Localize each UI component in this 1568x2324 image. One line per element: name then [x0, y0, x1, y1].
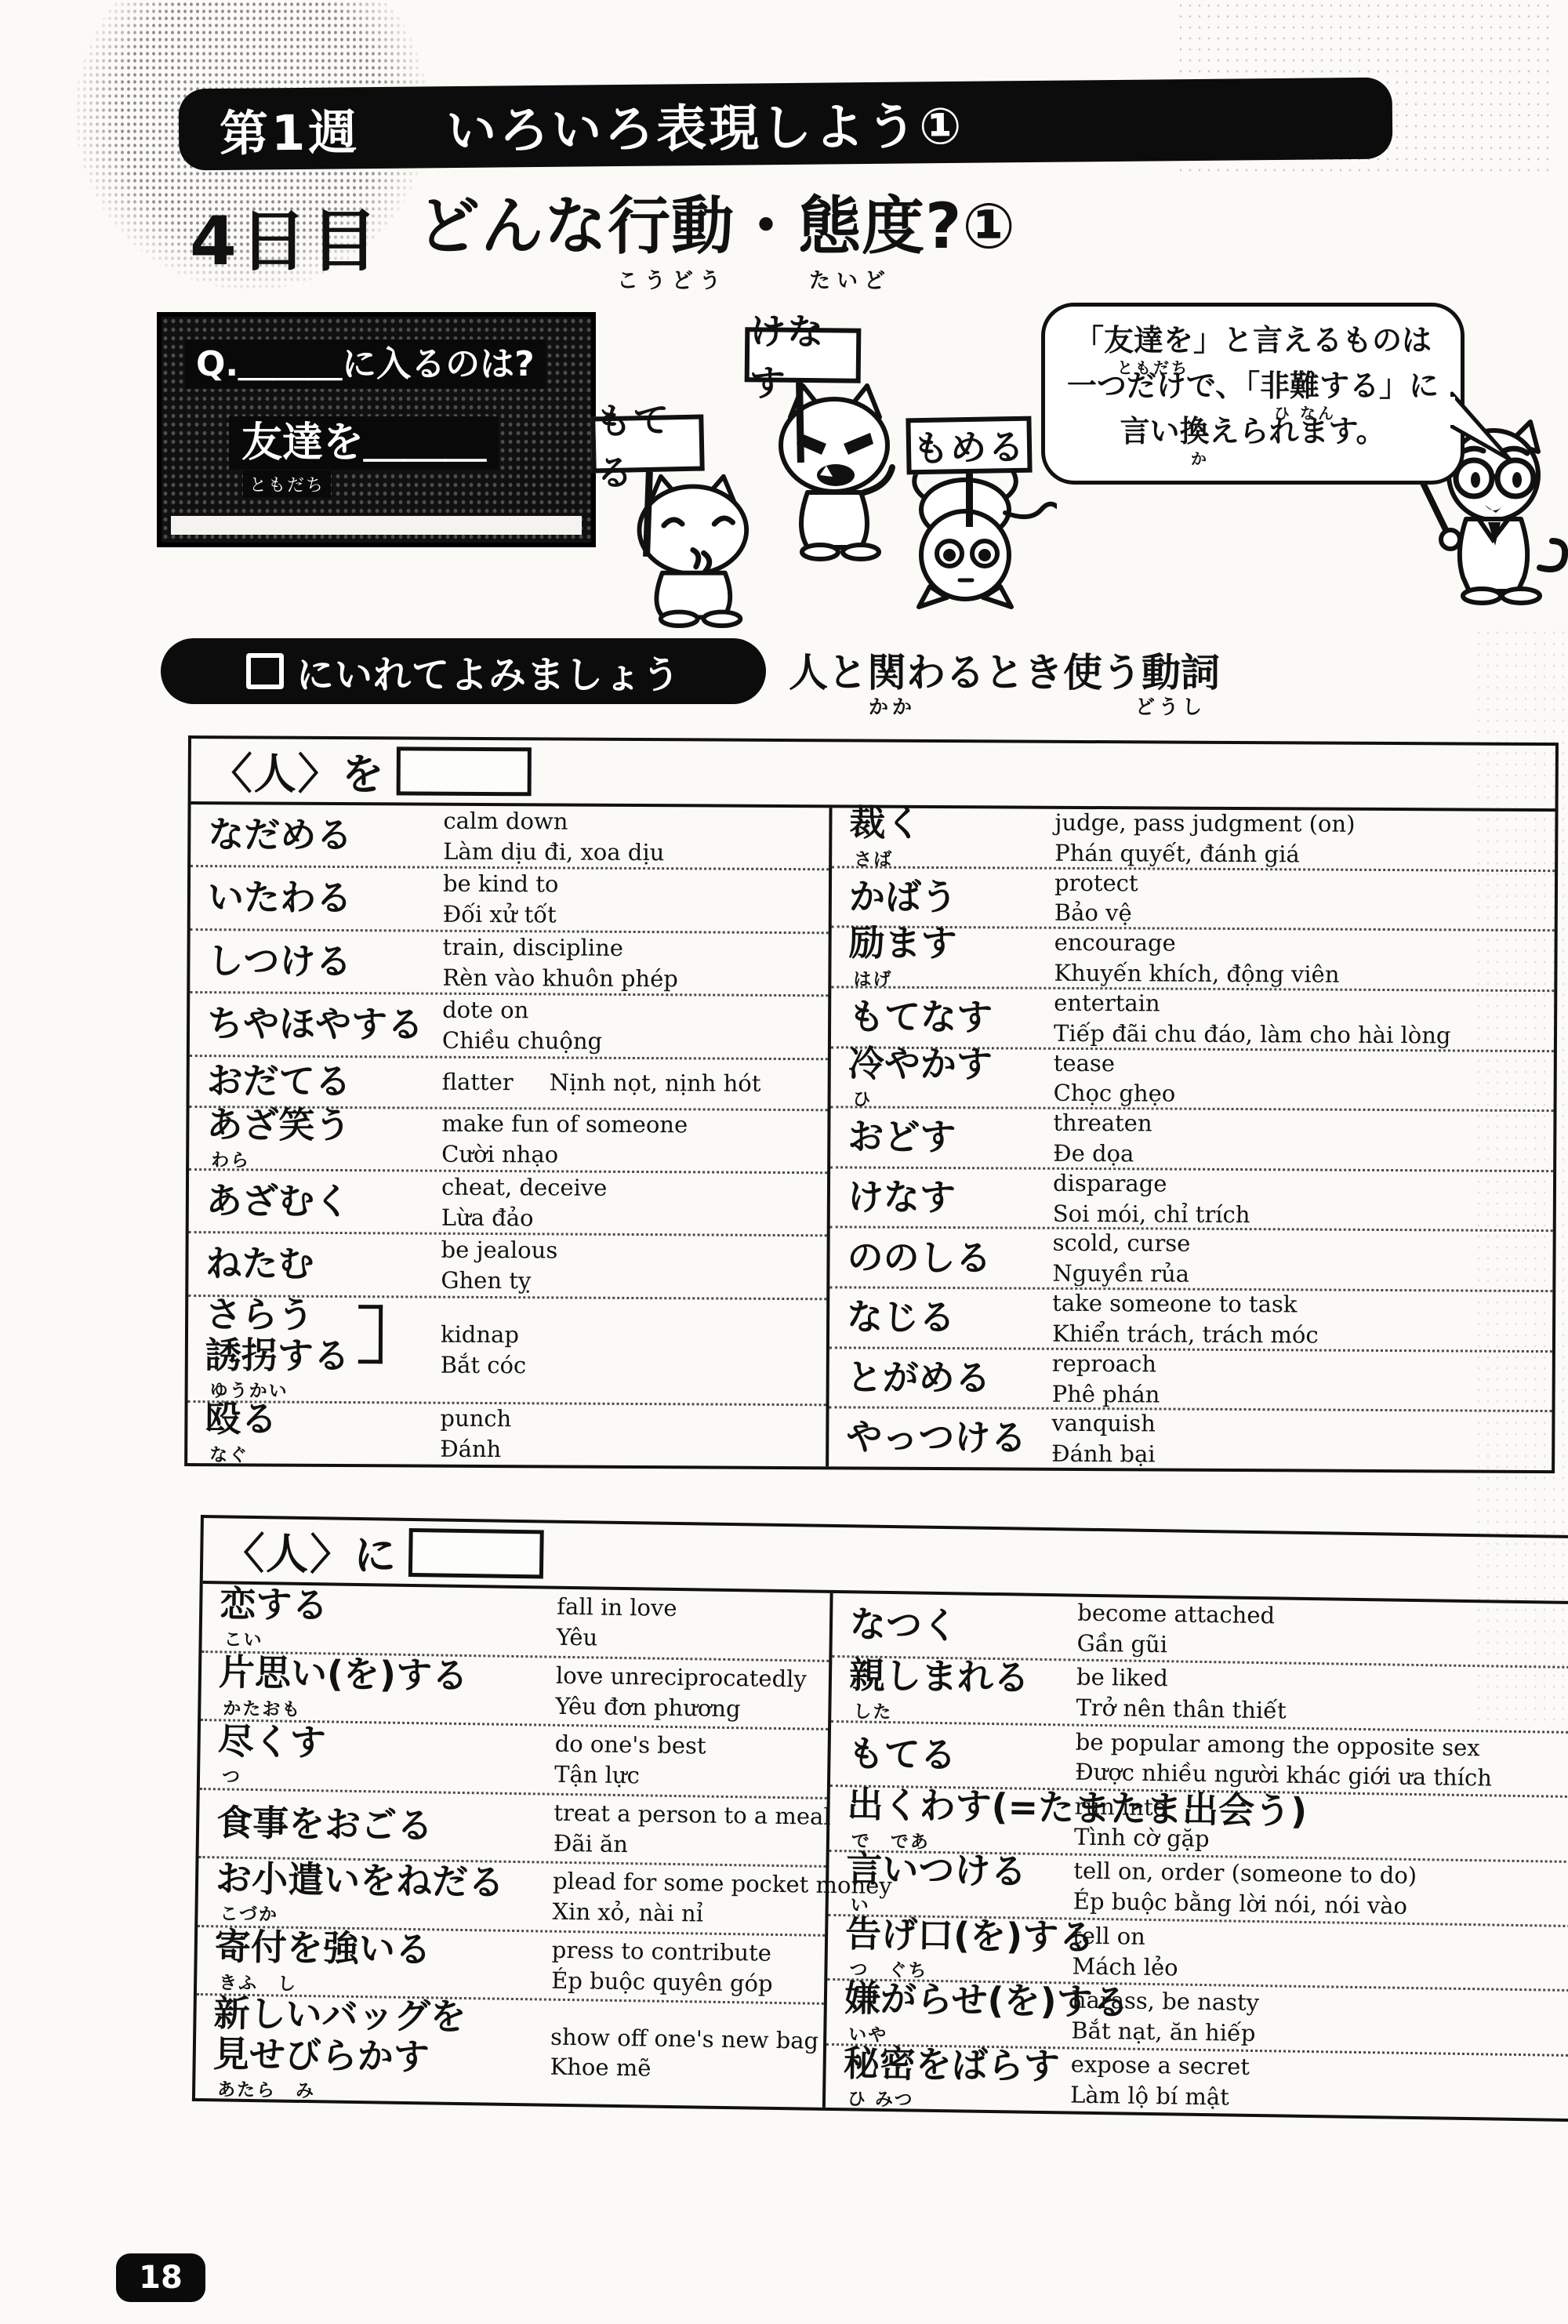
vocab-term-jp: 恋する	[220, 1584, 328, 1626]
vocab-term-jp: 秘密をばらす	[843, 2043, 1060, 2087]
vocab-term-jp: おだてる	[207, 1061, 351, 1102]
vocab-def-vi: Đánh	[440, 1434, 821, 1466]
vocab-term-jp: 寄付を強いる	[214, 1926, 431, 1970]
vocab-term-jp: 出くわす(=たまたま出会う)	[847, 1785, 1307, 1832]
vocab-def-en: be kind to	[443, 869, 824, 901]
vocab-row: なだめるcalm downLàm dịu đi, xoa dịu	[191, 804, 829, 869]
furigana-doushi: どうし	[1135, 692, 1206, 720]
vocab-term-jp: 裁く	[849, 803, 921, 844]
textbook-page: 第1週 いろいろ表現しよう① 4日目 どんな行動・態度?① こうどう たいど Q…	[0, 0, 1568, 2324]
vocab-row: 殴るなぐpunchĐánh	[187, 1400, 826, 1467]
vocab-def-vi: Yêu	[556, 1622, 825, 1657]
vocab-def-en: take someone to task	[1052, 1288, 1548, 1321]
vocab-def-vi: Bảo vệ	[1054, 898, 1550, 931]
vocab-table-hito-ni: 〈人〉に 恋するこいfall in loveYêu片思い(を)するかたおもlov…	[192, 1515, 1568, 2122]
bubble-line: 言い換えられます。	[1045, 409, 1461, 454]
vocab-term-jp: お小遣いをねだる	[216, 1858, 505, 1903]
vocab-def-en: vanquish	[1051, 1408, 1547, 1441]
section-title: 人と関わるとき使う動詞 かか どうし	[789, 641, 1220, 698]
vocab-def-vi: Đối xử tốt	[443, 899, 824, 931]
vocab-def-en: threaten	[1053, 1108, 1548, 1141]
vocab-def-vi: Khoe mẽ	[550, 2052, 818, 2086]
vocab-term-jp: なじる	[847, 1298, 955, 1338]
sign-kenasu: けなす	[745, 327, 862, 383]
vocab-term-jp: 嫌がらせ(を)する	[844, 1978, 1129, 2023]
vocab-row: ねたむbe jealousGhen tỵ	[188, 1231, 826, 1298]
vocab-row: かばうprotectBảo vệ	[832, 866, 1555, 929]
vocab-def-vi: Xin xỏ, nài nỉ	[552, 1897, 821, 1931]
section-badge-label: にいれてよみましょう	[296, 645, 681, 699]
day-title: どんな行動・態度?① こうどう たいど	[417, 176, 1016, 266]
vocab-def-en: tease	[1054, 1048, 1549, 1080]
vocab-def-en: show off one's new bag	[550, 2021, 819, 2056]
blank-box-icon	[246, 653, 284, 689]
vocab-row: 食事をおごるtreat a person to a mealĐãi ăn	[199, 1788, 827, 1865]
bubble-furigana: ひ なん	[1274, 401, 1336, 423]
vocab-row: ちやほやするdote onChiều chuộng	[190, 991, 828, 1058]
vocab-def-vi: Khuyến khích, động viên	[1054, 958, 1549, 991]
vocab-term-jp: ののしる	[847, 1237, 991, 1278]
vocab-term-jp: あざむく	[206, 1181, 350, 1222]
vocab-term-jp: かばう	[849, 877, 957, 917]
sign-momeru: もめる	[906, 416, 1032, 475]
day-title-text: どんな行動・態度?①	[417, 176, 1016, 266]
vocab-row: あざむくcheat, deceiveLừa đảo	[189, 1168, 827, 1235]
vocab-term-jp: あざ笑う	[206, 1105, 350, 1146]
vocab-def-en: train, discipline	[442, 931, 823, 964]
vocab-def-en: be jealous	[441, 1235, 822, 1267]
vocab-def-vi: Bắt cóc	[441, 1349, 822, 1382]
vocab-def-vi: Đãi ăn	[554, 1828, 822, 1862]
vocab-term-jp: もてる	[848, 1734, 956, 1776]
group-bracket	[358, 1305, 383, 1364]
teacher-speech-bubble: 「友達を」と言えるものは 一つだけで、「非難する」に 言い換えられます。 ともだ…	[1041, 303, 1465, 485]
vocab-def-vi: Chọc ghẹo	[1054, 1078, 1549, 1111]
vocab-def-en: encourage	[1054, 928, 1550, 960]
vocab-term-jp: 見せびらかす	[212, 2034, 466, 2078]
table2-left-rows: 恋するこいfall in loveYêu片思い(を)するかたおもlove unr…	[195, 1584, 830, 2108]
vocab-def-vi: Nguyền rủa	[1052, 1258, 1548, 1291]
bubble-line: 一つだけで、「非難する」に	[1045, 363, 1461, 409]
day-label: 4日目	[190, 187, 381, 284]
vocab-def-vi: Rèn vào khuôn phép	[442, 962, 823, 994]
vocab-def-en: flatter	[442, 1067, 514, 1098]
vocab-row: なじるtake someone to taskKhiển trách, trác…	[829, 1286, 1552, 1349]
table-header-label: 〈人〉に	[222, 1520, 398, 1582]
vocab-def-vi: Cười nhạo	[441, 1139, 822, 1171]
section-title-text: 人と関わるとき使う動詞	[789, 641, 1220, 698]
vocab-def-vi: Làm lộ bí mật	[1070, 2080, 1568, 2118]
sign-stick	[966, 470, 973, 527]
vocab-def-vi: Tận lực	[554, 1759, 823, 1794]
vocab-def-en: entertain	[1054, 988, 1549, 1021]
vocab-def-en: plead for some pocket money	[553, 1866, 822, 1901]
vocab-term-jp: 告げ口(を)する	[845, 1914, 1095, 1958]
vocab-row: 尽くすつdo one's bestTận lực	[200, 1719, 828, 1796]
vocab-term-jp: おどす	[848, 1117, 956, 1158]
furigana-taido: たいど	[809, 263, 891, 294]
vocab-def-vi: Soi mói, chỉ trích	[1053, 1198, 1548, 1231]
furigana-koudou: こうどう	[617, 263, 727, 294]
vocab-term-jp: なだめる	[208, 815, 352, 855]
vocab-def-vi: Đánh bại	[1051, 1439, 1547, 1472]
vocab-def-en: protect	[1054, 867, 1550, 900]
vocab-term-furigana: あたら み	[212, 2075, 550, 2105]
vocab-def-en: love unreciprocatedly	[556, 1661, 825, 1695]
vocab-row: お小遣いをねだるこづかplead for some pocket moneyXi…	[198, 1856, 826, 1934]
vocab-def-vi: Phán quyết, đánh giá	[1054, 838, 1550, 871]
vocab-row: とがめるreproachPhê phán	[829, 1346, 1552, 1410]
vocab-term-jp: けなす	[848, 1177, 956, 1218]
week-title: いろいろ表現しよう①	[446, 86, 964, 163]
vocab-def-en: calm down	[443, 806, 824, 838]
vocab-row: 秘密をばらすひ みつexpose a secretLàm lộ bí mật	[826, 2043, 1568, 2119]
bubble-furigana: か	[1191, 446, 1209, 469]
vocab-term-furigana: ひ みつ	[843, 2084, 1070, 2113]
vocab-term-jp: 殴る	[205, 1400, 277, 1440]
vocab-row: 恋するこいfall in loveYêu	[201, 1584, 829, 1659]
vocab-def-vi: Ép buộc quyên góp	[551, 1965, 820, 1999]
vocab-row: あざ笑うわらmake fun of someoneCười nhạo	[189, 1106, 827, 1172]
vocab-term-jp: 誘拐する	[205, 1335, 350, 1376]
vocab-def-en: make fun of someone	[441, 1109, 822, 1141]
vocab-row: おだてるflatterNịnh nọt, nịnh hót	[190, 1055, 828, 1109]
furigana-kaka: かか	[869, 692, 916, 720]
vocab-row: やっつけるvanquishĐánh bại	[829, 1407, 1552, 1470]
vocab-term-jp: ちやほやする	[207, 1004, 423, 1045]
blank-verb-box	[397, 746, 532, 796]
vocab-row: さらう誘拐するゆうかいkidnapBắt cóc	[188, 1295, 827, 1403]
table1-right-rows: 裁くさばjudge, pass judgment (on)Phán quyết,…	[826, 808, 1555, 1470]
vocab-def-en: disparage	[1053, 1168, 1548, 1201]
vocab-def-en: dote on	[442, 995, 823, 1027]
vocab-def-vi: Phê phán	[1052, 1378, 1548, 1411]
vocab-term-jp: さらう	[205, 1295, 350, 1335]
question-blackboard: Q.＿＿＿に入るのは? 友達を＿＿＿ ともだち	[157, 312, 596, 547]
vocab-row: 片思い(を)するかたおもlove unreciprocatedlyYêu đơn…	[201, 1650, 829, 1728]
vocab-row: おどすthreatenĐe dọa	[830, 1106, 1553, 1170]
table2-right-rows: なつくbecome attachedGần gũi親しまれるしたbe liked…	[822, 1593, 1568, 2119]
vocab-term-jp: 冷やかす	[848, 1044, 993, 1084]
vocab-def-vi: Khiển trách, trách móc	[1052, 1319, 1548, 1352]
vocab-def-en: treat a person to a meal	[554, 1798, 822, 1832]
bubble-line: 「友達を」と言えるものは	[1045, 318, 1461, 363]
vocab-term-jp: ねたむ	[205, 1244, 314, 1285]
vocab-def-vi: Tiếp đãi chu đáo, làm cho hài lòng	[1054, 1019, 1549, 1051]
table-header: 〈人〉を	[191, 739, 1555, 812]
vocab-table-hito-wo: 〈人〉を なだめるcalm downLàm dịu đi, xoa dịuいたわ…	[184, 735, 1559, 1473]
vocab-row: ののしるscold, curseNguyền rủa	[829, 1226, 1552, 1290]
vocab-row: 新しいバッグを見せびらかすあたら みshow off one's new bag…	[195, 1993, 824, 2108]
vocab-def-en: do one's best	[554, 1729, 823, 1763]
vocab-term-jp: 食事をおごる	[216, 1803, 434, 1846]
vocab-row: いたわるbe kind toĐối xử tốt	[191, 865, 829, 931]
vocab-def-vi: Làm dịu đi, xoa dịu	[443, 836, 824, 868]
blank-verb-box	[408, 1528, 544, 1579]
question-phrase: 友達を＿＿＿	[229, 416, 499, 470]
vocab-def-vi: Ghen tỵ	[441, 1265, 822, 1298]
vocab-def-en: punch	[440, 1403, 821, 1436]
vocab-row: 冷やかすひteaseChọc ghẹo	[831, 1046, 1554, 1109]
vocab-term-jp: 新しいバッグを	[213, 1993, 466, 2037]
vocab-term-jp: 励ます	[848, 924, 956, 964]
vocab-term-jp: とがめる	[847, 1357, 991, 1398]
vocab-row: 励ますはげencourageKhuyến khích, động viên	[831, 926, 1554, 990]
speech-bubble-tail	[1450, 390, 1516, 466]
bubble-furigana: ともだち	[1117, 355, 1189, 378]
vocab-row: 裁くさばjudge, pass judgment (on)Phán quyết,…	[832, 808, 1555, 869]
sign-moteru: もてる	[590, 415, 704, 474]
vocab-term-jp: やっつける	[846, 1418, 1026, 1459]
vocab-term-jp: 親しまれる	[849, 1656, 1030, 1699]
vocab-row: しつけるtrain, disciplineRèn vào khuôn phép	[190, 928, 828, 995]
chalk-tray	[171, 516, 582, 535]
vocab-row: けなすdisparageSoi mói, chỉ trích	[830, 1166, 1553, 1229]
vocab-term-jp: 片思い(を)する	[219, 1652, 469, 1696]
table-header-label: 〈人〉を	[210, 740, 386, 801]
vocab-def-en: fall in love	[557, 1592, 826, 1626]
vocab-def-vi: Lừa đảo	[441, 1202, 822, 1234]
vocab-def-en: reproach	[1052, 1349, 1548, 1382]
vocab-def-en: kidnap	[441, 1320, 822, 1352]
week-label: 第1週	[220, 93, 361, 165]
vocab-term-jp: いたわる	[208, 878, 352, 919]
section-badge: にいれてよみましょう	[161, 638, 766, 704]
vocab-def-vi: Đe dọa	[1053, 1138, 1548, 1171]
table1-left-rows: なだめるcalm downLàm dịu đi, xoa dịuいたわるbe k…	[187, 804, 829, 1466]
week-banner: 第1週 いろいろ表現しよう①	[179, 78, 1393, 171]
vocab-def-vi: Chiều chuộng	[442, 1026, 823, 1058]
vocab-term-jp: なつく	[850, 1604, 959, 1647]
vocab-row: もてなすentertainTiếp đãi chu đáo, làm cho h…	[831, 986, 1554, 1049]
vocab-def-en: scold, curse	[1053, 1228, 1548, 1261]
vocab-term-jp: もてなす	[848, 997, 993, 1037]
vocab-def-vi: Yêu đơn phương	[555, 1690, 824, 1725]
vocab-term-furigana: なぐ	[205, 1440, 440, 1468]
vocab-def-en: cheat, deceive	[441, 1172, 822, 1204]
vocab-row: 寄付を強いるきふ しpress to contributeÉp buộc quy…	[197, 1925, 825, 2003]
page-number-badge: 18	[116, 2253, 205, 2302]
question-furigana: ともだち	[243, 470, 331, 498]
vocab-def-en: press to contribute	[552, 1935, 821, 1970]
vocab-term-jp: 言いつける	[846, 1850, 1027, 1893]
vocab-def-vi: Nịnh nọt, nịnh hót	[550, 1068, 761, 1099]
question-prompt: Q.＿＿＿に入るのは?	[185, 340, 546, 389]
vocab-def-en: judge, pass judgment (on)	[1054, 808, 1550, 841]
vocab-row: 親しまれるしたbe likedTrở nên thân thiết	[831, 1655, 1568, 1730]
vocab-term-jp: しつける	[207, 941, 351, 982]
vocab-term-jp: 尽くす	[217, 1721, 326, 1763]
